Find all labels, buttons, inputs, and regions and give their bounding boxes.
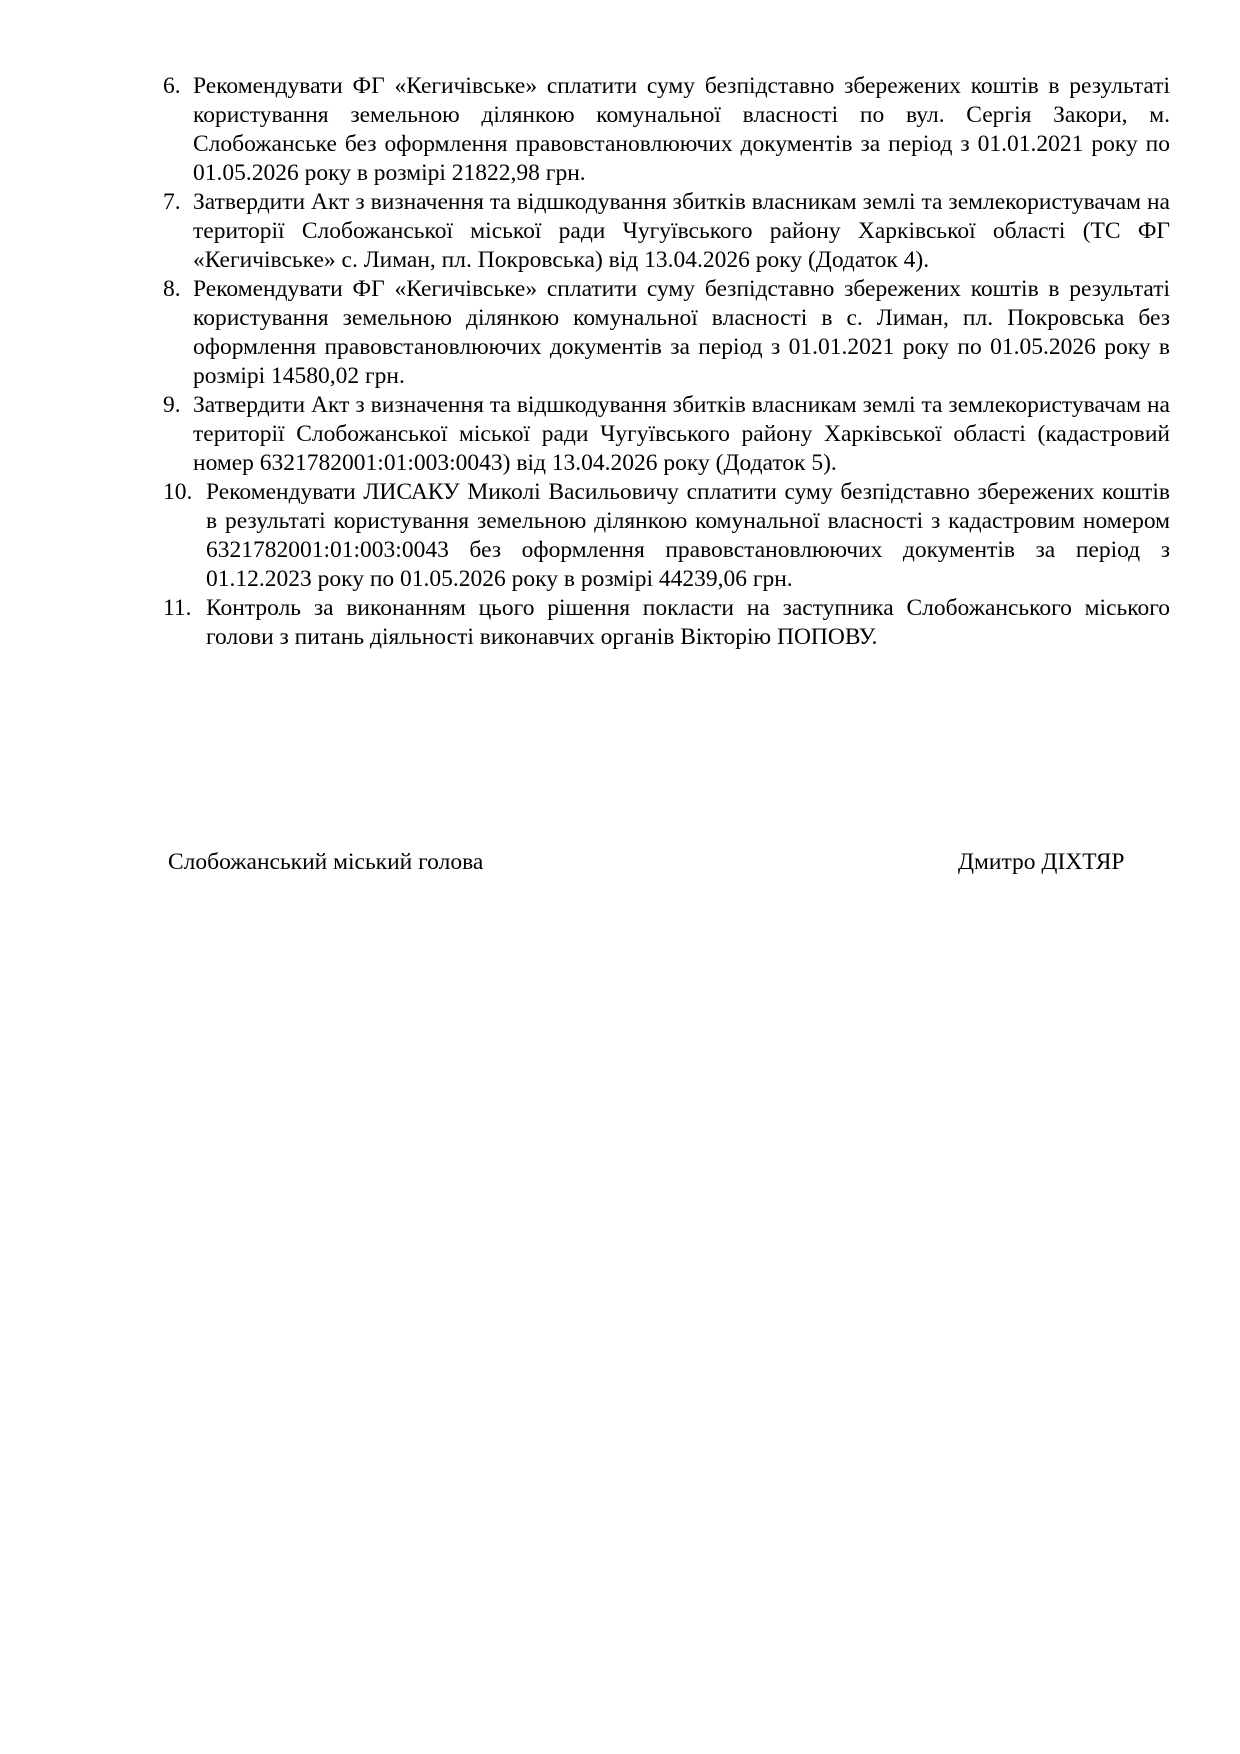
item-text: Рекомендувати ЛИСАКУ Миколі Васильовичу … — [206, 478, 1170, 594]
list-item: 11. Контроль за виконанням цього рішення… — [163, 594, 1170, 652]
list-item: 6. Рекомендувати ФГ «Кегичівське» сплати… — [163, 72, 1170, 188]
list-item: 7. Затвердити Акт з визначення та відшко… — [163, 188, 1170, 275]
list-item: 8. Рекомендувати ФГ «Кегичівське» сплати… — [163, 275, 1170, 391]
list-item: 10. Рекомендувати ЛИСАКУ Миколі Васильов… — [163, 478, 1170, 594]
list-item: 9. Затвердити Акт з визначення та відшко… — [163, 391, 1170, 478]
item-text: Контроль за виконанням цього рішення пок… — [206, 594, 1170, 652]
item-text: Рекомендувати ФГ «Кегичівське» сплатити … — [193, 72, 1170, 188]
decision-list: 6. Рекомендувати ФГ «Кегичівське» сплати… — [163, 72, 1170, 652]
item-number: 7. — [163, 188, 181, 217]
item-text: Рекомендувати ФГ «Кегичівське» сплатити … — [193, 275, 1170, 391]
item-text: Затвердити Акт з визначення та відшкодув… — [193, 188, 1170, 275]
item-number: 10. — [163, 478, 192, 507]
signature-title: Слобожанський міський голова — [168, 848, 483, 877]
item-number: 6. — [163, 72, 181, 101]
item-number: 11. — [163, 594, 192, 623]
item-text: Затвердити Акт з визначення та відшкодув… — [193, 391, 1170, 478]
signature-name: Дмитро ДІХТЯР — [958, 848, 1124, 877]
document-page: 6. Рекомендувати ФГ «Кегичівське» сплати… — [0, 0, 1240, 1754]
item-number: 9. — [163, 391, 181, 420]
item-number: 8. — [163, 275, 181, 304]
